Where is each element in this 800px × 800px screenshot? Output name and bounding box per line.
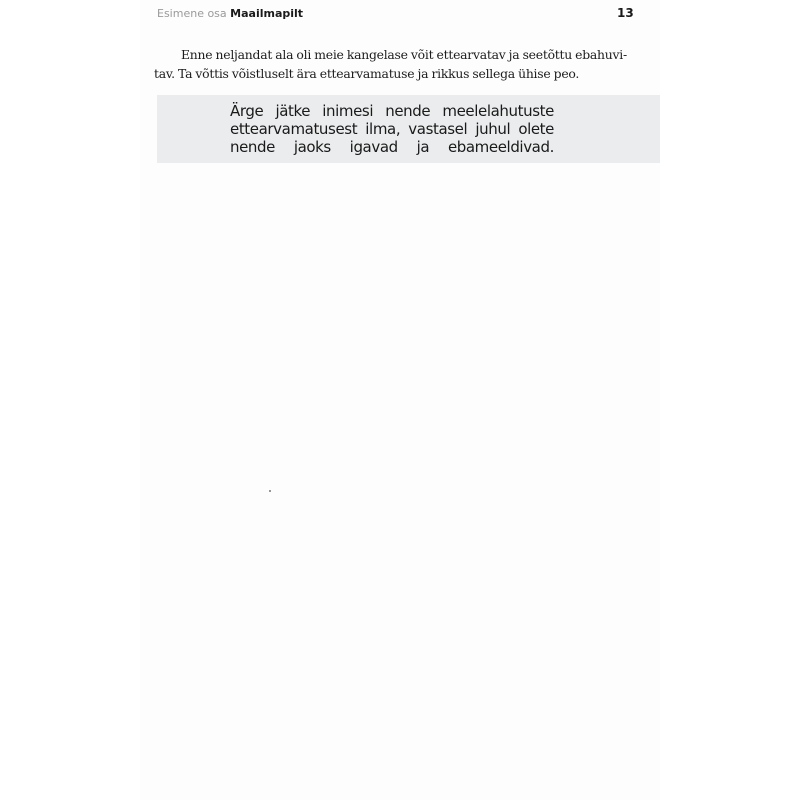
callout-box: Ärge jätke inimesi nende meelelahutuste … [157,95,660,163]
callout-word: igavad [350,138,398,156]
callout-word: jaoks [294,138,331,156]
callout-word: ilma, [365,120,400,138]
scan-speck [269,490,271,492]
callout-word: nende [385,102,430,120]
callout-word: juhul [475,120,510,138]
callout-text: Ärge jätke inimesi nende meelelahutuste … [230,102,554,156]
callout-word: ettearvamatusest [230,120,357,138]
callout-line: Ärge jätke inimesi nende meelelahutuste [230,102,554,120]
callout-word: ja [417,138,430,156]
running-head: Esimene osa Maailmapilt [157,7,303,20]
callout-word: inimesi [322,102,373,120]
callout-word: Ärge [230,102,263,120]
callout-word: olete [518,120,554,138]
running-head-chapter: Maailmapilt [230,7,303,20]
callout-line: nende jaoks igavad ja ebameeldivad. [230,138,554,156]
callout-word: ebameeldivad. [448,138,554,156]
callout-word: nende [230,138,275,156]
body-paragraph: Enne neljandat ala oli meie kangelase võ… [157,45,611,83]
running-head-section: Esimene osa [157,7,227,20]
page-number: 13 [617,6,634,20]
body-line: Enne neljandat ala oli meie kangelase võ… [157,45,611,64]
callout-word: jätke [275,102,310,120]
callout-word: vastasel [408,120,467,138]
callout-line: ettearvamatusest ilma, vastasel juhul ol… [230,120,554,138]
callout-word: meelelahutuste [442,102,554,120]
body-line: tav. Ta võttis võistluselt ära ettearvam… [154,64,611,83]
